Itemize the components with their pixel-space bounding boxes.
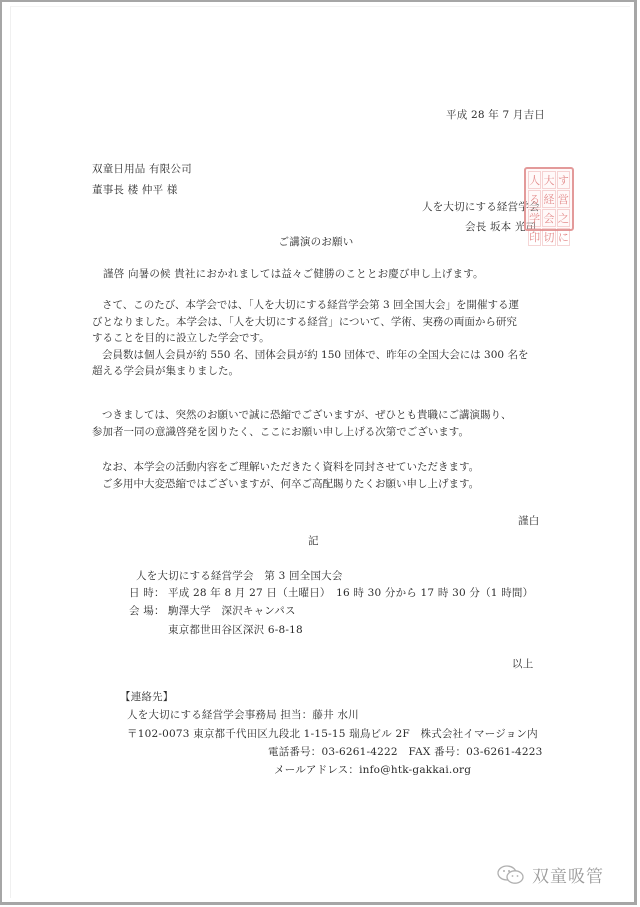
datetime-label: 日 時： (129, 586, 165, 600)
stamp-char: 営 (557, 190, 570, 208)
paragraph-line: つきましては、突然のお願いで誠に恐縮でございますが、ぜひとも貴職にご講演賜り、 (92, 407, 547, 424)
stamp-char: 之 (557, 209, 570, 227)
recipient-company: 双童日用品 有限公司 (92, 162, 192, 176)
paragraph-line: ご多用中大変恐縮ではございますが、何卒ご高配賜りたくお願い申し上げます。 (92, 476, 547, 493)
letter-title: ご講演のお願い (0, 235, 636, 249)
stamp-char: 会 (542, 209, 555, 227)
end-mark: 以上 (512, 657, 533, 671)
paragraph-line: することを目的に設立した学会です。 (92, 330, 547, 347)
paragraph-line: なお、本学会の活動内容をご理解いただきたく資料を同封させていただきます。 (92, 459, 547, 476)
paragraph-line: 超える学会員が集まりました。 (92, 363, 547, 380)
stamp-char: 学 (528, 209, 541, 227)
datetime-value: 平成 28 年 8 月 27 日（土曜日） 16 時 30 分から 17 時 3… (168, 586, 533, 600)
wechat-icon (496, 864, 526, 886)
stamp-char: 経 (542, 190, 555, 208)
contact-heading: 【連絡先】 (120, 690, 174, 704)
closing-keihaku: 謹白 (518, 514, 539, 528)
stamp-char: る (528, 190, 541, 208)
ki-heading: 記 (308, 534, 319, 548)
watermark-text: 双童吸管 (532, 862, 604, 887)
stamp-char: す (557, 171, 570, 189)
venue-value: 駒澤大学 深沢キャンパス (168, 604, 296, 618)
event-name: 人を大切にする経営学会 第 3 回全国大会 (136, 569, 343, 583)
letter-date: 平成 28 年 7 月吉日 (446, 108, 545, 122)
contact-email: メールアドレス：info@htk-gakkai.org (274, 763, 471, 777)
paragraph-line: 参加者一同の意識啓発を図りたく、ここにお願い申し上げる次第でございます。 (92, 424, 547, 441)
stamp-char: 人 (528, 171, 541, 189)
paragraph-2: つきましては、突然のお願いで誠に恐縮でございますが、ぜひとも貴職にご講演賜り、 … (92, 407, 547, 440)
paragraph-line: さて、このたび、本学会では、「人を大切にする経営学会第 3 回全国大会」を開催す… (92, 297, 547, 314)
contact-address: 〒102-0073 東京都千代田区九段北 1-15-15 瑞鳥ビル 2F 株式会… (127, 727, 538, 741)
venue-address: 東京都世田谷区深沢 6-8-18 (168, 623, 303, 637)
contact-phone-fax: 電話番号：03-6261-4222 FAX 番号：03-6261-4223 (268, 745, 542, 759)
paragraph-line: びとなりました。本学会は、「人を大切にする経営」について、学術、実務の両面から研… (92, 314, 547, 331)
stamp-char: 大 (542, 171, 555, 189)
contact-office: 人を大切にする経営学会事務局 担当：藤井 水川 (127, 708, 359, 722)
seal-stamp: 人 大 す る 経 営 学 会 之 印 切 に (524, 167, 574, 231)
paragraph-3: なお、本学会の活動内容をご理解いただきたく資料を同封させていただきます。 ご多用… (92, 459, 547, 492)
venue-label: 会 場： (129, 604, 165, 618)
recipient-person: 董事長 楼 仲平 様 (92, 183, 178, 197)
paragraph-1: さて、このたび、本学会では、「人を大切にする経営学会第 3 回全国大会」を開催す… (92, 297, 547, 380)
greeting: 謹啓 向暑の候 貴社におかれましては益々ご健勝のこととお慶び申し上げます。 (103, 267, 484, 281)
paragraph-line: 会員数は個人会員が約 550 名、団体会員が約 150 団体で、昨年の全国大会に… (92, 347, 547, 364)
sender-organization: 人を大切にする経営学会 (422, 200, 540, 214)
watermark: 双童吸管 (496, 862, 604, 887)
